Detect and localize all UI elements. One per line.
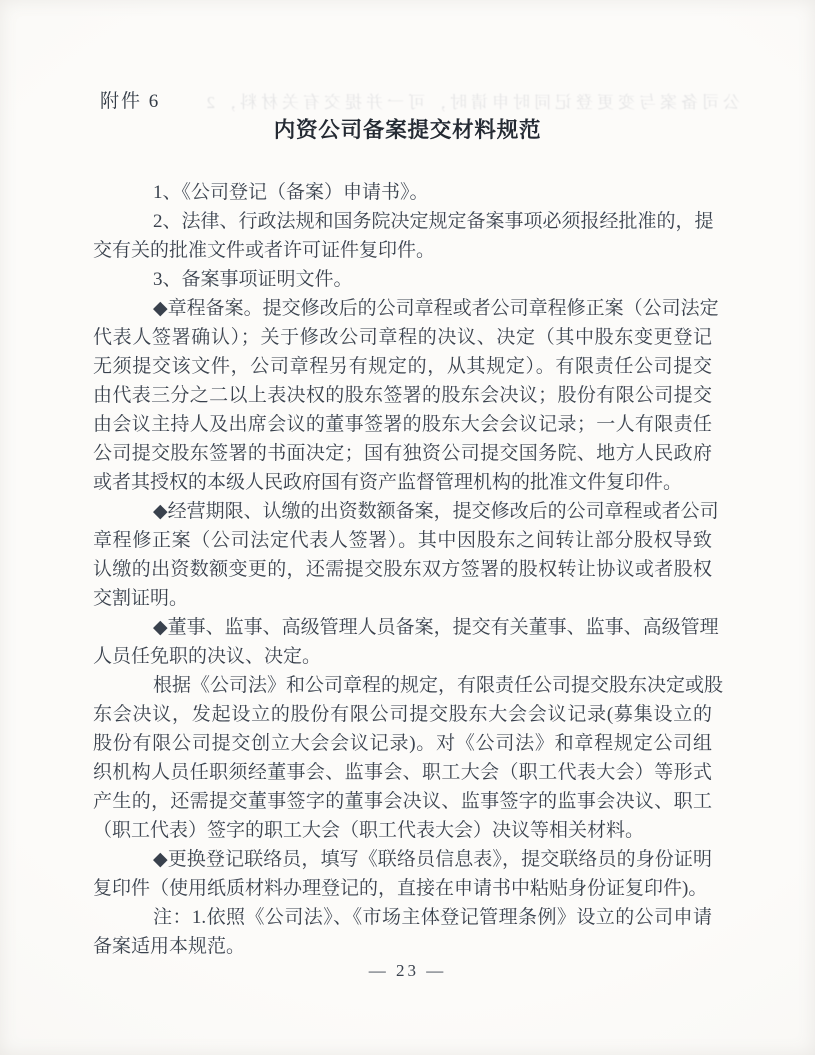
body-line: 产生的，还需提交董事签字的董事会决议、监事签字的监事会决议、职工 (93, 787, 712, 816)
body-line: 3、备案事项证明文件。 (93, 265, 712, 294)
body-line: 人员任免职的决议、决定。 (93, 642, 712, 671)
document-title: 内资公司备案提交材料规范 (0, 113, 815, 144)
body-line: 代表人签署确认）；关于修改公司章程的决议、决定（其中股东变更登记 (93, 323, 712, 352)
body-line: 注：1.依照《公司法》、《市场主体登记管理条例》设立的公司申请 (93, 903, 712, 932)
body-line: 股份有限公司提交创立大会会议记录)。对《公司法》和章程规定公司组 (93, 729, 712, 758)
body-line: ◆董事、监事、高级管理人员备案，提交有关董事、监事、高级管理 (93, 613, 712, 642)
body-line: 根据《公司法》和公司章程的规定，有限责任公司提交股东决定或股 (93, 671, 712, 700)
body-line: 由代表三分之二以上表决权的股东签署的股东会决议；股份有限公司提交 (93, 381, 712, 410)
body-line: ◆章程备案。提交修改后的公司章程或者公司章程修正案（公司法定 (93, 294, 712, 323)
document-body: 1、《公司登记（备案）申请书》。 2、法律、行政法规和国务院决定规定备案事项必须… (93, 178, 712, 961)
bleed-through-text: 公司备案与变更登记同时申请时，可一并提交有关材料，2 (205, 88, 740, 113)
scanned-document-page: 公司备案与变更登记同时申请时，可一并提交有关材料，2 附件 6 内资公司备案提交… (0, 0, 815, 1055)
page-number: — 23 — (0, 961, 815, 981)
body-line: 章程修正案（公司法定代表人签署）。其中因股东之间转让部分股权导致 (93, 526, 712, 555)
body-line: 备案适用本规范。 (93, 932, 712, 961)
body-line: 由会议主持人及出席会议的董事签署的股东大会会议记录；一人有限责任 (93, 410, 712, 439)
body-line: 交有关的批准文件或者许可证件复印件。 (93, 236, 712, 265)
body-line: ◆更换登记联络员，填写《联络员信息表》，提交联络员的身份证明 (93, 845, 712, 874)
body-line: 东会决议，发起设立的股份有限公司提交股东大会会议记录(募集设立的 (93, 700, 712, 729)
body-line: 公司提交股东签署的书面决定；国有独资公司提交国务院、地方人民政府 (93, 439, 712, 468)
body-line: ◆经营期限、认缴的出资数额备案，提交修改后的公司章程或者公司 (93, 497, 712, 526)
body-line: 复印件（使用纸质材料办理登记的，直接在申请书中粘贴身份证复印件)。 (93, 874, 712, 903)
body-line: 1、《公司登记（备案）申请书》。 (93, 178, 712, 207)
body-line: 2、法律、行政法规和国务院决定规定备案事项必须报经批准的，提 (93, 207, 712, 236)
body-line: 或者其授权的本级人民政府国有资产监督管理机构的批准文件复印件。 (93, 468, 712, 497)
body-line: 交割证明。 (93, 584, 712, 613)
body-line: （职工代表）签字的职工大会（职工代表大会）决议等相关材料。 (93, 816, 712, 845)
body-line: 织机构人员任职须经董事会、监事会、职工大会（职工代表大会）等形式 (93, 758, 712, 787)
attachment-label: 附件 6 (100, 86, 160, 113)
body-line: 认缴的出资数额变更的，还需提交股东双方签署的股权转让协议或者股权 (93, 555, 712, 584)
body-line: 无须提交该文件，公司章程另有规定的，从其规定）。有限责任公司提交 (93, 352, 712, 381)
